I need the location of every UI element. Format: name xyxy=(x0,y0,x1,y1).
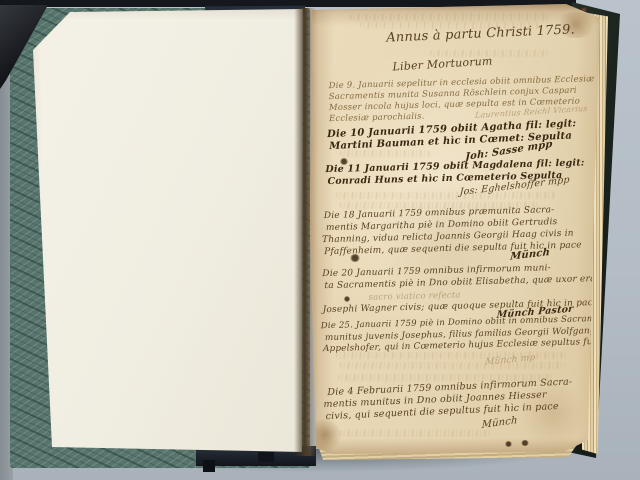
manuscript-title: Annus à partu Christi 1759. xyxy=(386,22,575,45)
scanned-book-photo: Annus à partu Christi 1759.Liber Mortuor… xyxy=(0,0,640,480)
binding-tab xyxy=(258,452,274,462)
manuscript-entry-line: Ecclesiæ parochialis. xyxy=(329,112,425,125)
signature: Münch xyxy=(481,415,517,431)
manuscript-right-page: Annus à partu Christi 1759.Liber Mortuor… xyxy=(308,4,606,456)
manuscript-section-heading: Liber Mortuorum xyxy=(392,54,493,73)
manuscript-text-layer: Annus à partu Christi 1759.Liber Mortuor… xyxy=(306,3,608,458)
blank-left-page xyxy=(30,6,306,456)
signature: Münch mp xyxy=(485,353,536,368)
binding-tab xyxy=(203,460,215,472)
